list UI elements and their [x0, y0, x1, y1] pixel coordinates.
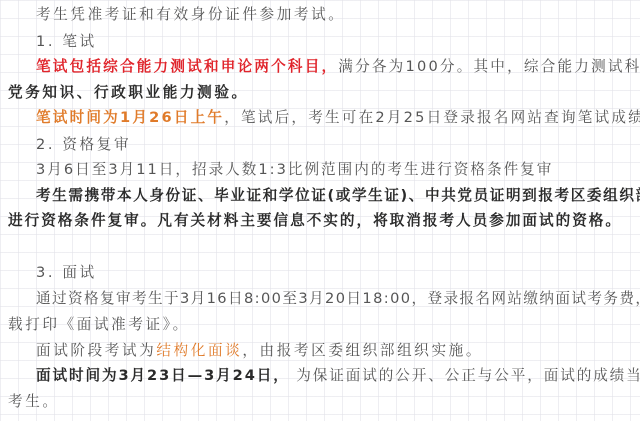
interview-paragraph-1-line-2: 载打印《面试准考证》。: [8, 314, 190, 336]
written-result-text: ，笔试后，考生可在2月25日登录报名网站查询笔试成绩。: [224, 109, 640, 126]
written-score-text: 满分各为100分。其中，综合能力测试科目: [338, 58, 640, 75]
qualification-dates-text: 3月6日至3月11日，招录人数1:3比例范围内的考生进行资格条件复审: [36, 161, 553, 178]
document: 考生凭准考证和有效身份证件参加考试。 1. 笔试 笔试包括综合能力测试和申论两个…: [0, 0, 640, 421]
interview-fairness-text: 为保证面试的公开、公正与公平，面试的成绩当场通知: [290, 367, 640, 384]
section-heading-interview: 3. 面试: [36, 262, 97, 284]
qualification-paragraph-1: 3月6日至3月11日，招录人数1:3比例范围内的考生进行资格条件复审: [36, 159, 553, 181]
written-content-bold: 党务知识、行政职业能力测验。: [8, 84, 249, 101]
intro-text: 考生凭准考证和有效身份证件参加考试。: [36, 6, 346, 23]
qualification-paragraph-2-line-2: 进行资格条件复审。凡有关材料主要信息不实的，将取消报考人员参加面试的资格。: [8, 210, 622, 232]
interview-paragraph-3-line-1: 面试时间为3月23日—3月24日， 为保证面试的公开、公正与公平，面试的成绩当场…: [36, 365, 640, 387]
qualification-warning-bold: 进行资格条件复审。凡有关材料主要信息不实的，将取消报考人员参加面试的资格。: [8, 212, 622, 229]
interview-format-suffix: ，由报考区委组织部组织实施。: [242, 342, 483, 359]
written-time-highlight: 笔试时间为1月26日上午: [36, 109, 224, 126]
interview-fee-text: 通过资格复审考生于3月16日8:00至3月20日18:00，登录报名网站缴纳面试…: [36, 290, 640, 307]
interview-paragraph-3-line-2: 考生。: [8, 391, 60, 413]
interview-time-bold: 面试时间为3月23日—3月24日，: [36, 367, 290, 384]
heading-written-text: 1. 笔试: [36, 33, 97, 50]
qualification-paragraph-2-line-1: 考生需携带本人身份证、毕业证和学位证(或学生证)、中共党员证明到报考区委组织部: [36, 185, 640, 207]
interview-paragraph-1-line-1: 通过资格复审考生于3月16日8:00至3月20日18:00，登录报名网站缴纳面试…: [36, 288, 640, 310]
interview-paragraph-2: 面试阶段考试为结构化面谈，由报考区委组织部组织实施。: [36, 340, 483, 362]
interview-admit-text: 载打印《面试准考证》。: [8, 316, 190, 333]
qualification-docs-bold: 考生需携带本人身份证、毕业证和学位证(或学生证)、中共党员证明到报考区委组织部: [36, 187, 640, 204]
interview-notify-text: 考生。: [8, 393, 60, 410]
written-paragraph-1-line-2: 党务知识、行政职业能力测验。: [8, 82, 249, 104]
interview-format-highlight: 结构化面谈: [156, 342, 242, 359]
heading-interview-text: 3. 面试: [36, 264, 97, 281]
section-heading-written: 1. 笔试: [36, 31, 97, 53]
written-paragraph-1-line-1: 笔试包括综合能力测试和申论两个科目，满分各为100分。其中，综合能力测试科目测查: [36, 56, 640, 78]
heading-qualification-text: 2. 资格复审: [36, 136, 131, 153]
interview-format-prefix: 面试阶段考试为: [36, 342, 156, 359]
written-paragraph-2: 笔试时间为1月26日上午，笔试后，考生可在2月25日登录报名网站查询笔试成绩。: [36, 107, 640, 129]
written-subjects-highlight: 笔试包括综合能力测试和申论两个科目，: [36, 58, 338, 75]
intro-line: 考生凭准考证和有效身份证件参加考试。: [36, 4, 346, 26]
section-heading-qualification: 2. 资格复审: [36, 134, 131, 156]
